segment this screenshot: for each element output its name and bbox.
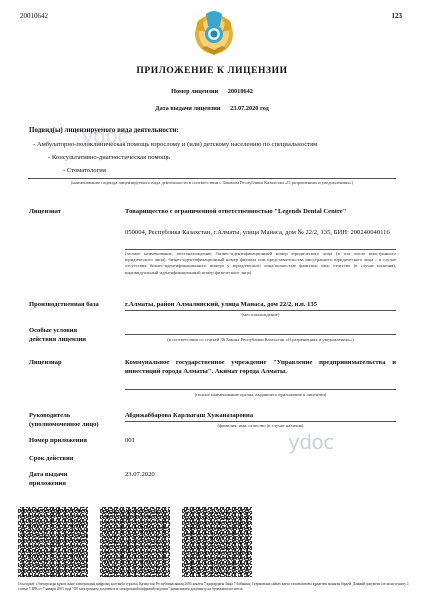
licensee-address: 050004, Республика Казахстан, г.Алматы, … — [125, 228, 396, 237]
license-number-value: 20010642 — [228, 88, 253, 95]
production-base-caption: (местонахождение) — [125, 312, 396, 318]
special-conditions-label-line2: действия лицензии — [29, 335, 86, 344]
activity-item-2: - Консультативно-диагностическая помощь — [48, 154, 170, 161]
watermark: ydoc — [288, 430, 334, 454]
licensee-label: Лицензиат — [29, 207, 61, 216]
special-conditions-label-line1: Особые условия — [29, 326, 86, 335]
activity-caption: (наименование подвида лицензируемого вид… — [28, 180, 396, 186]
license-date-value: 23.07.2020 год — [230, 105, 269, 112]
special-conditions-rule — [125, 334, 396, 335]
licensee-name: Товарищество с ограниченной ответственно… — [125, 207, 396, 216]
page-title: ПРИЛОЖЕНИЕ К ЛИЦЕНЗИИ — [0, 66, 424, 76]
licensor-label: Лицензиар — [29, 358, 62, 367]
activity-item-1: - Амбулаторно-поликлиническая помощь взр… — [33, 141, 317, 148]
issue-date-label-line1: Дата выдачи — [29, 470, 68, 479]
kazakhstan-state-emblem-icon — [192, 8, 236, 58]
issue-date-value: 23.07.2020 — [125, 470, 396, 479]
appendix-number-label: Номер приложения — [29, 436, 87, 445]
licensee-rule — [125, 249, 396, 250]
head-label-line2: (уполномоченное лицо) — [29, 420, 99, 429]
head-label-line1: Руководитель — [29, 411, 99, 420]
licensor-value: Коммунальное государственное учреждение … — [125, 358, 396, 376]
licensor-caption: (полное наименование органа, выдавшего п… — [125, 392, 396, 398]
license-number-row: Номер лицензии 20010642 — [0, 88, 424, 95]
head-value: Абдижаббарова Карлыгаш Хужаназаровна — [125, 411, 396, 420]
page-code: 123 — [392, 12, 403, 20]
special-conditions-caption: (в соответствии со статьей 36 Закона Рес… — [125, 337, 396, 343]
activity-item-3: - Стоматология — [63, 167, 106, 174]
license-date-row: Дата выдачи лицензии 23.07.2020 год — [0, 105, 424, 112]
legal-footer: Осы құжат «Электронды құжат және электро… — [18, 582, 413, 591]
head-caption: (фамилия, имя, отчество (в случае наличи… — [125, 423, 396, 429]
issue-date-label-line2: приложения — [29, 479, 68, 488]
validity-label: Срок действия — [29, 454, 73, 463]
head-rule — [125, 421, 396, 422]
licensor-rule — [125, 389, 396, 390]
appendix-number-value: 001 — [125, 436, 396, 445]
production-base-value: г.Алматы, район Алмалинский, улица Манас… — [125, 300, 396, 309]
document-number: 20010642 — [20, 12, 48, 20]
license-number-label: Номер лицензии — [171, 88, 218, 95]
special-conditions-label: Особые условия действия лицензии — [29, 326, 86, 344]
license-date-label: Дата выдачи лицензии — [155, 105, 220, 112]
issue-date-label: Дата выдачи приложения — [29, 470, 68, 488]
qr-code-3 — [182, 507, 252, 582]
qr-code-1 — [18, 507, 88, 582]
activity-rule — [28, 178, 396, 179]
licensee-caption: (полное наименование, местонахождение, б… — [125, 251, 396, 276]
watermark-2: ydoc — [82, 124, 128, 148]
head-label: Руководитель (уполномоченное лицо) — [29, 411, 99, 429]
production-base-label: Производственная база — [29, 300, 99, 309]
qr-code-2 — [100, 507, 170, 582]
production-base-rule — [125, 310, 396, 311]
